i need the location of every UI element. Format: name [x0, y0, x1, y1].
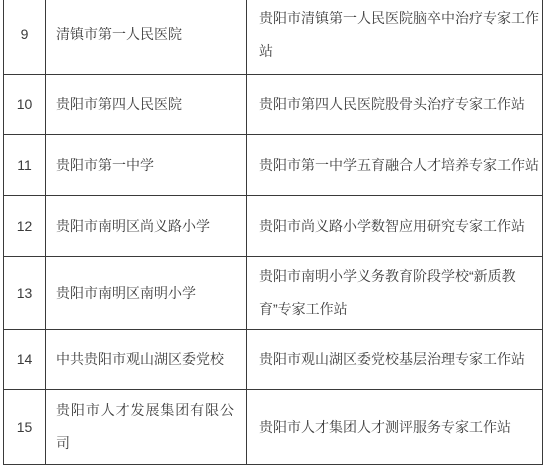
- workstation-cell: 贵阳市第一中学五育融合人才培养专家工作站: [247, 135, 543, 196]
- organization-cell: 中共贵阳市观山湖区委党校: [46, 330, 247, 390]
- row-number: 12: [4, 196, 46, 257]
- organization-cell: 贵阳市第一中学: [46, 135, 247, 196]
- row-number: 13: [4, 257, 46, 330]
- row-number: 15: [4, 390, 46, 465]
- table-row: 11 贵阳市第一中学 贵阳市第一中学五育融合人才培养专家工作站: [4, 135, 543, 196]
- workstation-cell: 贵阳市南明小学义务教育阶段学校“新质教育”专家工作站: [247, 257, 543, 330]
- row-number: 10: [4, 75, 46, 135]
- workstation-cell: 贵阳市人才集团人才测评服务专家工作站: [247, 390, 543, 465]
- table-row: 15 贵阳市人才发展集团有限公司 贵阳市人才集团人才测评服务专家工作站: [4, 390, 543, 465]
- organization-cell: 贵阳市人才发展集团有限公司: [46, 390, 247, 465]
- workstation-cell: 贵阳市清镇第一人民医院脑卒中治疗专家工作站: [247, 0, 543, 75]
- workstation-cell: 贵阳市第四人民医院股骨头治疗专家工作站: [247, 75, 543, 135]
- workstation-cell: 贵阳市尚义路小学数智应用研究专家工作站: [247, 196, 543, 257]
- workstation-table: 9 清镇市第一人民医院 贵阳市清镇第一人民医院脑卒中治疗专家工作站 10 贵阳市…: [3, 0, 543, 465]
- row-number: 9: [4, 0, 46, 75]
- table-row: 9 清镇市第一人民医院 贵阳市清镇第一人民医院脑卒中治疗专家工作站: [4, 0, 543, 75]
- row-number: 14: [4, 330, 46, 390]
- document-page: 9 清镇市第一人民医院 贵阳市清镇第一人民医院脑卒中治疗专家工作站 10 贵阳市…: [0, 0, 547, 471]
- organization-cell: 贵阳市南明区南明小学: [46, 257, 247, 330]
- organization-cell: 贵阳市南明区尚义路小学: [46, 196, 247, 257]
- table-row: 12 贵阳市南明区尚义路小学 贵阳市尚义路小学数智应用研究专家工作站: [4, 196, 543, 257]
- workstation-cell: 贵阳市观山湖区委党校基层治理专家工作站: [247, 330, 543, 390]
- organization-cell: 清镇市第一人民医院: [46, 0, 247, 75]
- organization-cell: 贵阳市第四人民医院: [46, 75, 247, 135]
- table-row: 10 贵阳市第四人民医院 贵阳市第四人民医院股骨头治疗专家工作站: [4, 75, 543, 135]
- table-row: 13 贵阳市南明区南明小学 贵阳市南明小学义务教育阶段学校“新质教育”专家工作站: [4, 257, 543, 330]
- table-row: 14 中共贵阳市观山湖区委党校 贵阳市观山湖区委党校基层治理专家工作站: [4, 330, 543, 390]
- row-number: 11: [4, 135, 46, 196]
